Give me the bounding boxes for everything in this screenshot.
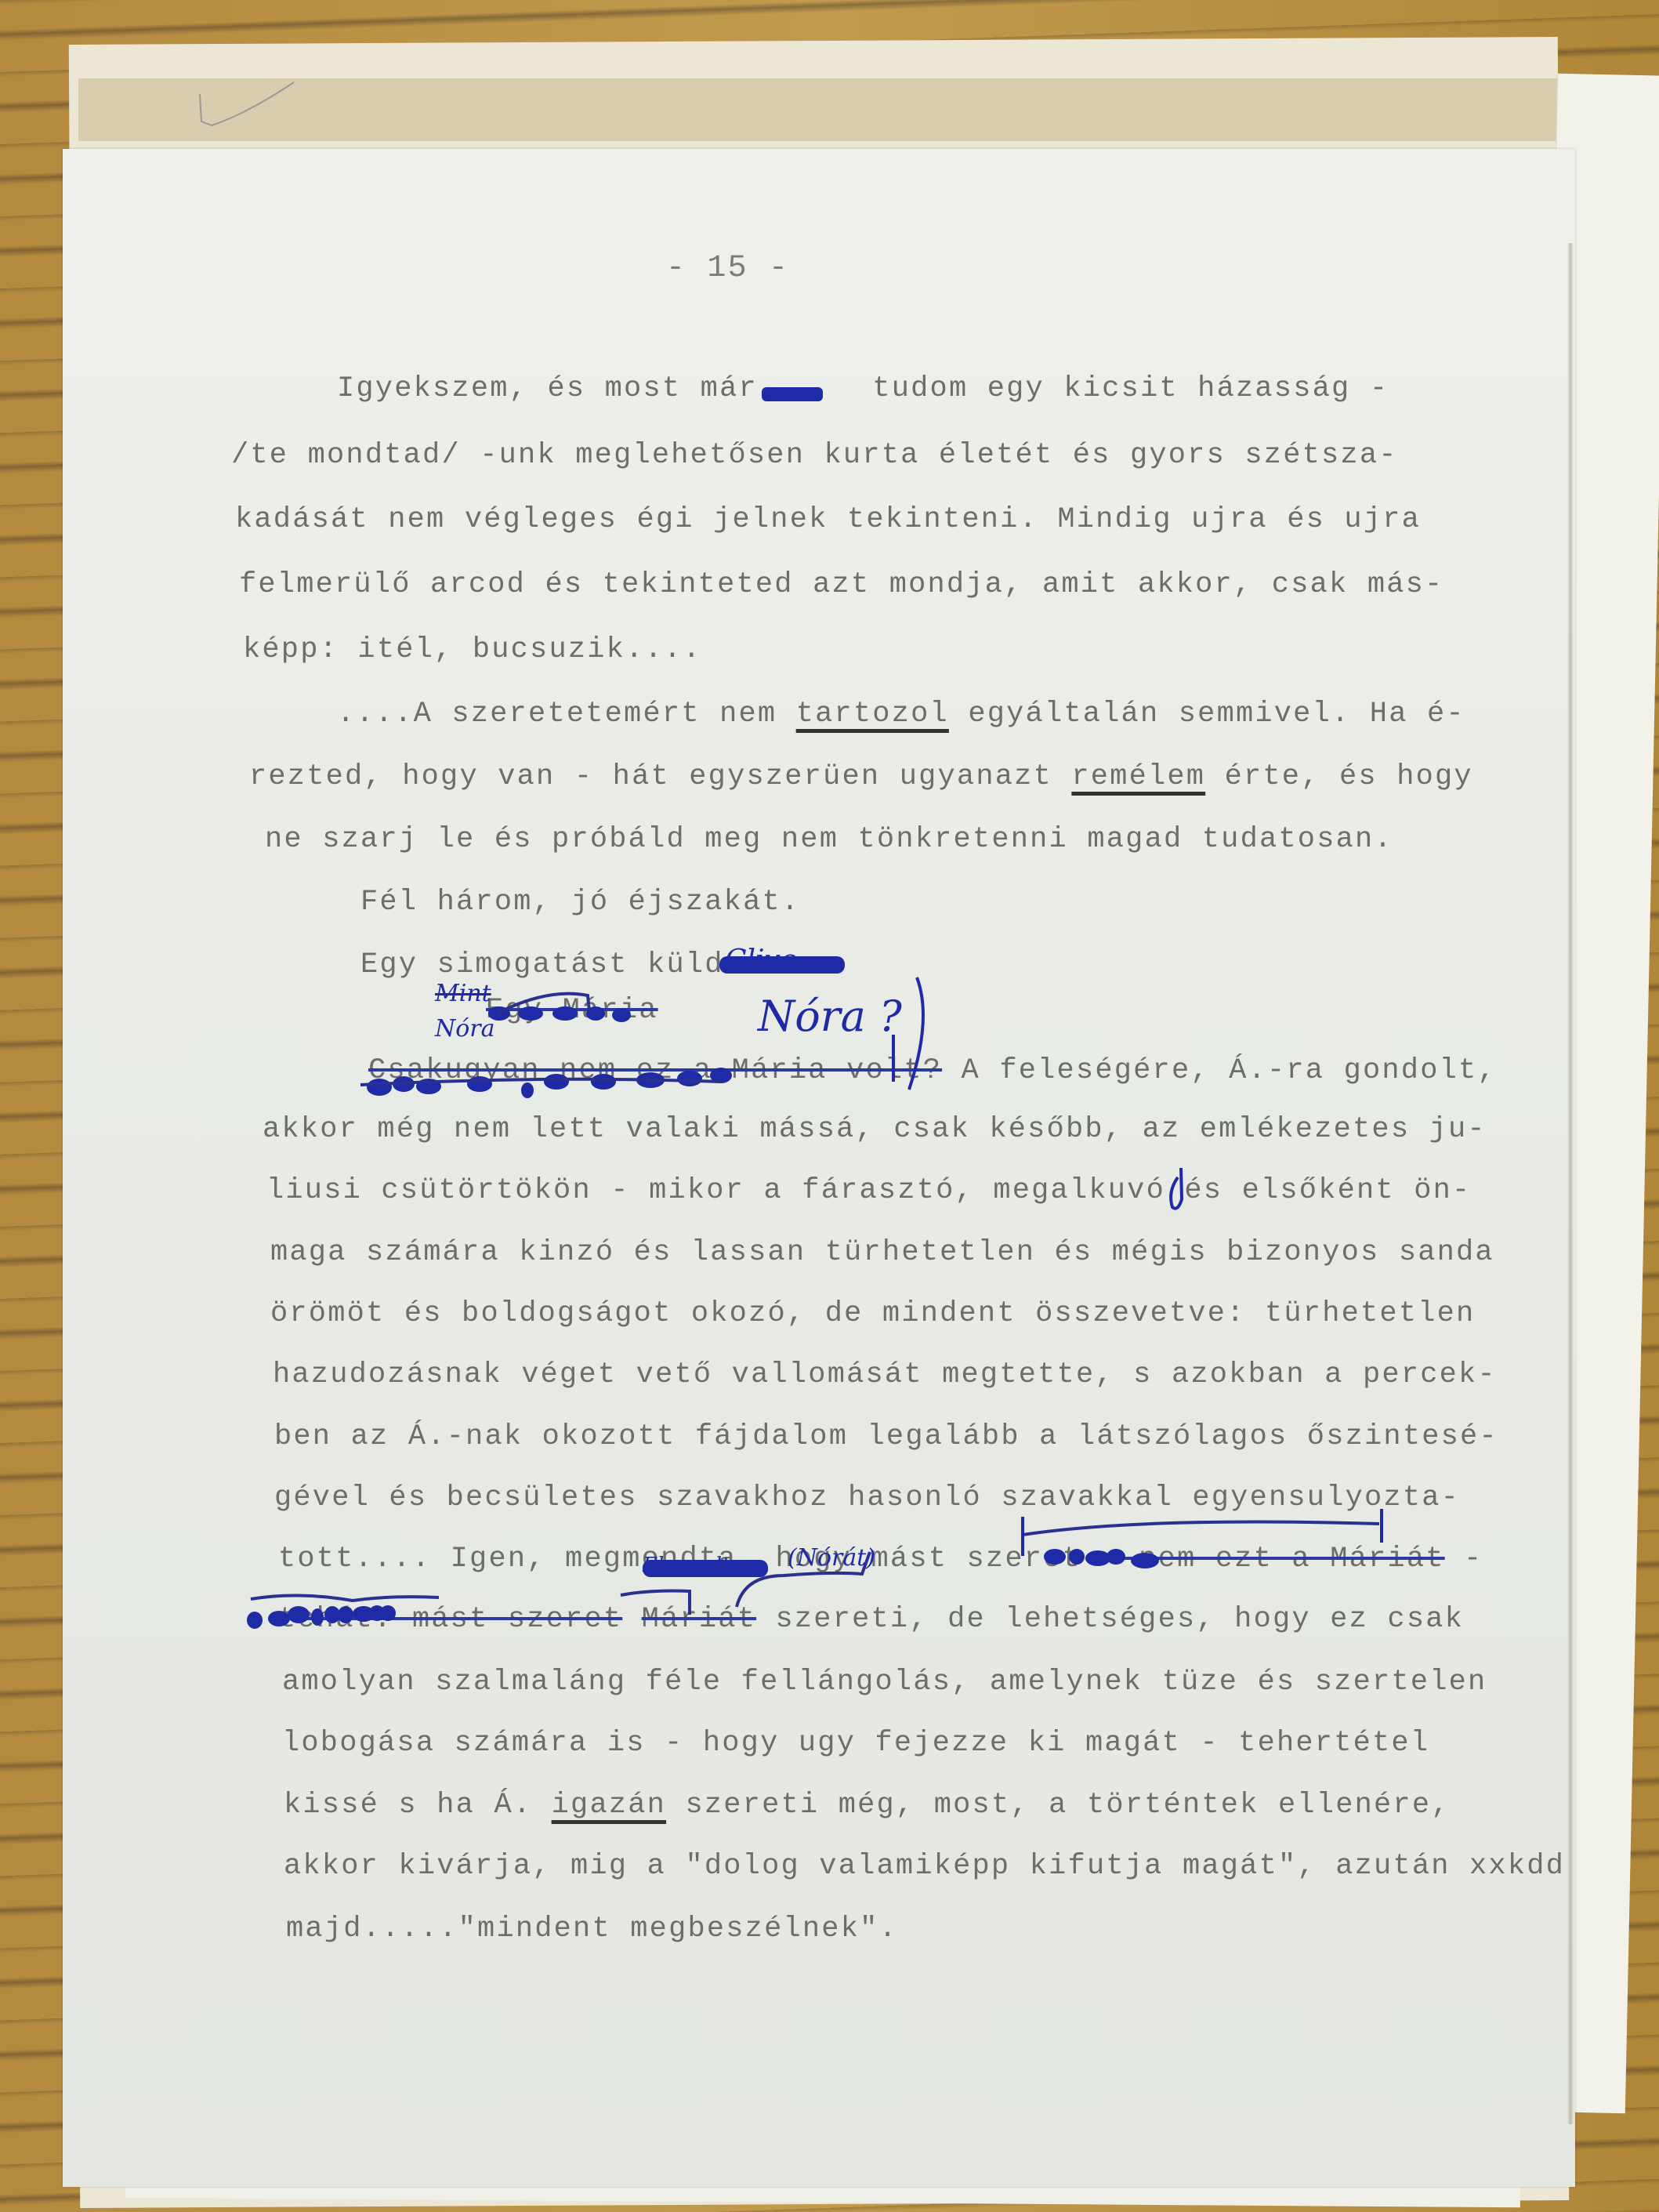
typed-line: Igyekszem, és most már xxxx tudom egy ki… <box>337 372 1389 405</box>
typed-line: képp: itél, bucsuzik.... <box>243 633 702 666</box>
typed-text: amolyan szalmaláng féle fellángolás, ame… <box>282 1666 1487 1699</box>
typed-text: képp: itél, bucsuzik.... <box>243 633 702 666</box>
underlined-word: tartozol <box>796 698 949 731</box>
typed-text: örömöt és boldogságot okozó, de mindent … <box>270 1297 1475 1330</box>
typed-text: hazudozásnak véget vető vallomását megte… <box>273 1358 1497 1391</box>
typed-line: akkor még nem lett valaki mássá, csak ké… <box>263 1113 1487 1146</box>
typed-line: rezted, hogy van - hát egyszerüen ugyana… <box>249 760 1473 793</box>
typed-text: ....A szeretetemért nem <box>337 698 796 731</box>
typed-text: szereti, de lehetséges, hogy ez csak <box>756 1603 1464 1636</box>
typed-line: majd....."mindent megbeszélnek". <box>286 1913 898 1945</box>
typed-line: tehát: mást szeret Máriát szereti, de le… <box>278 1603 1464 1636</box>
annotation-struck-mint: Mint <box>435 980 491 1007</box>
typed-text: maga számára kinzó és lassan türhetetlen… <box>270 1236 1494 1269</box>
typed-text: kissé s ha Á. <box>284 1789 552 1822</box>
typed-line: akkor kivárja, mig a "dolog valamiképp k… <box>284 1850 1565 1883</box>
page-stain <box>1567 243 1574 2124</box>
typed-line: gével és becsületes szavakhoz hasonló sz… <box>274 1481 1460 1514</box>
typed-line: ben az Á.-nak okozott fájdalom legalább … <box>274 1420 1498 1453</box>
annotation-nora-insert: Nóra <box>435 1015 495 1043</box>
typed-line: Egy Mária <box>486 994 658 1027</box>
typed-text: majd....."mindent megbeszélnek". <box>286 1913 898 1945</box>
typed-line: örömöt és boldogságot okozó, de mindent … <box>270 1297 1475 1330</box>
typed-text: ne szarj le és próbáld meg nem tönkreten… <box>265 823 1393 856</box>
annotation-struck-elmondt: Elmondt <box>643 1554 730 1577</box>
typed-text: gével és becsületes szavakhoz hasonló sz… <box>274 1481 1460 1514</box>
typed-line: maga számára kinzó és lassan türhetetlen… <box>270 1236 1494 1269</box>
struck-text: Máriát <box>642 1603 756 1636</box>
typed-line: Csakugyan nem ez a Mária volt? A feleség… <box>368 1054 1497 1087</box>
annotation-nora-question: Nóra ? <box>758 992 902 1041</box>
typed-text: liusi csütörtökön - mikor a fárasztó, me… <box>266 1174 1471 1207</box>
typed-text: érte, és hogy <box>1205 760 1473 793</box>
typed-line: Fél három, jó éjszakát. <box>360 886 800 919</box>
typed-text: Egy simogatást küld <box>360 948 743 981</box>
typed-line: ....A szeretetemért nem tartozol egyálta… <box>337 698 1465 731</box>
typed-line: liusi csütörtökön - mikor a fárasztó, me… <box>266 1174 1471 1207</box>
underlined-word: igazán <box>552 1789 666 1822</box>
typed-line: lobogása számára is - hogy ugy fejezze k… <box>282 1727 1429 1760</box>
typed-text: lobogása számára is - hogy ugy fejezze k… <box>282 1727 1429 1760</box>
typed-text: akkor még nem lett valaki mássá, csak ké… <box>263 1113 1487 1146</box>
struck-text: tehát: mást szeret <box>278 1603 622 1636</box>
typed-text: - <box>1445 1543 1483 1576</box>
typed-text: rezted, hogy van - hát egyszerüen ugyana… <box>249 760 1071 793</box>
typed-line: Egy simogatást küld <box>360 948 743 981</box>
struck-text: Egy Mária <box>486 994 658 1027</box>
typed-text: felmerülő arcod és tekinteted azt mondja… <box>239 568 1443 601</box>
typed-text: egyáltalán semmivel. Ha é- <box>949 698 1465 731</box>
typed-text: kadását nem végleges égi jelnek tekinten… <box>235 503 1421 536</box>
annotation-norat: (Nórát) <box>788 1544 875 1572</box>
typed-text: tudom egy kicsit házasság - <box>853 372 1389 405</box>
pencil-check-icon <box>192 78 310 141</box>
annotation-struck-clive: Clive <box>725 945 797 977</box>
typed-line: /te mondtad/ -unk meglehetősen kurta éle… <box>231 439 1398 472</box>
typed-text: szereti még, most, a történtek ellenére, <box>666 1789 1451 1822</box>
page-number: - 15 - <box>666 251 789 286</box>
typed-text: ben az Á.-nak okozott fájdalom legalább … <box>274 1420 1498 1453</box>
typed-text: A feleségére, Á.-ra gondolt, <box>942 1054 1497 1087</box>
ink-scribble: xxxx <box>777 372 853 405</box>
typed-line: kadását nem végleges égi jelnek tekinten… <box>235 503 1421 536</box>
typed-line: tott.... Igen, megmondta, hogy mást szer… <box>278 1543 1483 1576</box>
underlined-word: remélem <box>1071 760 1205 793</box>
typed-line: kissé s ha Á. igazán szereti még, most, … <box>284 1789 1451 1822</box>
typed-text: akkor kivárja, mig a "dolog valamiképp k… <box>284 1850 1565 1883</box>
typed-text: Igyekszem, és most már <box>337 372 777 405</box>
struck-text: - nem ezt a Máriát <box>1100 1543 1444 1576</box>
typed-line: amolyan szalmaláng féle fellángolás, ame… <box>282 1666 1487 1699</box>
typed-line: ne szarj le és próbáld meg nem tönkreten… <box>265 823 1393 856</box>
typed-line: hazudozásnak véget vető vallomását megte… <box>273 1358 1497 1391</box>
typed-text: /te mondtad/ -unk meglehetősen kurta éle… <box>231 439 1398 472</box>
typed-line: felmerülő arcod és tekinteted azt mondja… <box>239 568 1443 601</box>
typed-text <box>622 1603 641 1636</box>
typed-text: Fél három, jó éjszakát. <box>360 886 800 919</box>
struck-text: Csakugyan nem ez a Mária volt? <box>368 1054 942 1087</box>
